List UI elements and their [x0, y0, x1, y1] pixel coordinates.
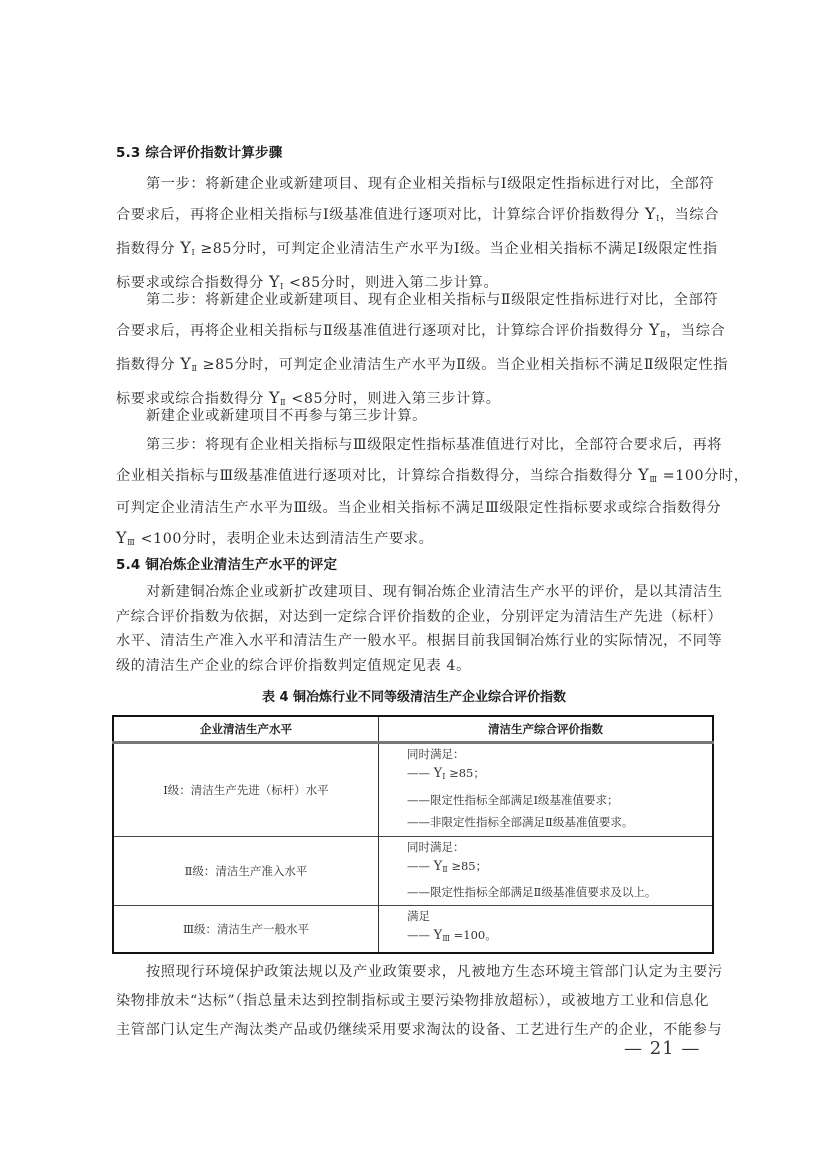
text-line: 按照现行环境保护政策法规以及产业政策要求，凡被地方生态环境主管部门认定为主要污 — [116, 958, 712, 987]
index-cell: 满足 —— YⅢ =100。 — [379, 906, 714, 953]
text-line: 产综合评价指数为依据，对达到一定综合评价指数的企业，分别评定为清洁生产先进（标杆… — [116, 605, 712, 630]
step-3-paragraph: 第三步：将现有企业相关指标与Ⅲ级限定性指标基准值进行对比，全部符合要求后，再将 … — [116, 431, 712, 557]
text-line: 指数得分 YⅡ ≥85分时，可判定企业清洁生产水平为Ⅱ级。当企业相关指标不满足Ⅱ… — [116, 349, 712, 383]
text-line: 新建企业或新建项目不再参与第三步计算。 — [116, 402, 712, 431]
text-line: 可判定企业清洁生产水平为Ⅲ级。当企业相关指标不满足Ⅲ级限定性指标要求或综合指数得… — [116, 494, 712, 523]
text-line: 企业相关指标与Ⅲ级基准值进行逐项对比，计算综合指数得分，当综合指数得分 YⅢ =… — [116, 460, 712, 494]
text-line: 对新建铜冶炼企业或新扩改建项目、现有铜冶炼企业清洁生产水平的评价，是以其清洁生 — [116, 580, 712, 605]
text-line: 第三步：将现有企业相关指标与Ⅲ级限定性指标基准值进行对比，全部符合要求后，再将 — [116, 431, 712, 460]
column-header-index: 清洁生产综合评价指数 — [379, 716, 714, 743]
column-header-level: 企业清洁生产水平 — [113, 716, 379, 743]
table-4: 企业清洁生产水平 清洁生产综合评价指数 Ⅰ级：清洁生产先进（标杆）水平 同时满足… — [112, 715, 714, 954]
text-line: 指数得分 YⅠ ≥85分时，可判定企业清洁生产水平为Ⅰ级。当企业相关指标不满足Ⅰ… — [116, 233, 712, 267]
level-cell: Ⅰ级：清洁生产先进（标杆）水平 — [113, 743, 379, 837]
step-1-paragraph: 第一步：将新建企业或新建项目、现有企业相关指标与Ⅰ级限定性指标进行对比，全部符 … — [116, 170, 712, 301]
text-line: YⅢ <100分时，表明企业未达到清洁生产要求。 — [116, 523, 712, 557]
index-cell: 同时满足： —— YⅡ ≥85； ——限定性指标全部满足Ⅱ级基准值要求及以上。 — [379, 837, 714, 906]
level-cell: Ⅱ级：清洁生产准入水平 — [113, 837, 379, 906]
text-line: 水平、清洁生产准入水平和清洁生产一般水平。根据目前我国铜冶炼行业的实际情况，不同… — [116, 629, 712, 654]
text-line: 染物排放未“达标”（指总量未达到控制指标或主要污染物排放超标），或被地方工业和信… — [116, 987, 712, 1016]
document-page: 5.3 综合评价指数计算步骤 第一步：将新建企业或新建项目、现有企业相关指标与Ⅰ… — [0, 0, 826, 1169]
index-cell: 同时满足： —— YⅠ ≥85； ——限定性指标全部满足Ⅰ级基准值要求； ——非… — [379, 743, 714, 837]
text-line: 级的清洁生产企业的综合评价指数判定值规定见表 4。 — [116, 654, 712, 679]
note-paragraph: 新建企业或新建项目不再参与第三步计算。 — [116, 402, 712, 431]
section-5-4-heading: 5.4 铜冶炼企业清洁生产水平的评定 — [116, 553, 337, 573]
text-line: 第一步：将新建企业或新建项目、现有企业相关指标与Ⅰ级限定性指标进行对比，全部符 — [116, 170, 712, 199]
text-line: 合要求后，再将企业相关指标与Ⅱ级基准值进行逐项对比，计算综合评价指数得分 YⅡ，… — [116, 315, 712, 349]
table-header-row: 企业清洁生产水平 清洁生产综合评价指数 — [113, 716, 713, 743]
text-line: 第二步：将新建企业或新建项目、现有企业相关指标与Ⅱ级限定性指标进行对比，全部符 — [116, 286, 712, 315]
closing-paragraph: 按照现行环境保护政策法规以及产业政策要求，凡被地方生态环境主管部门认定为主要污 … — [116, 958, 712, 1045]
text-line: 主管部门认定生产淘汰类产品或仍继续采用要求淘汰的设备、工艺进行生产的企业，不能参… — [116, 1016, 712, 1045]
level-cell: Ⅲ级：清洁生产一般水平 — [113, 906, 379, 953]
text-line: 合要求后，再将企业相关指标与Ⅰ级基准值进行逐项对比，计算综合评价指数得分 YⅠ，… — [116, 199, 712, 233]
step-2-paragraph: 第二步：将新建企业或新建项目、现有企业相关指标与Ⅱ级限定性指标进行对比，全部符 … — [116, 286, 712, 417]
table-row: Ⅰ级：清洁生产先进（标杆）水平 同时满足： —— YⅠ ≥85； ——限定性指标… — [113, 743, 713, 837]
table-row: Ⅲ级：清洁生产一般水平 满足 —— YⅢ =100。 — [113, 906, 713, 953]
section-5-4-paragraph: 对新建铜冶炼企业或新扩改建项目、现有铜冶炼企业清洁生产水平的评价，是以其清洁生 … — [116, 580, 712, 678]
section-5-3-heading: 5.3 综合评价指数计算步骤 — [116, 141, 282, 161]
table-row: Ⅱ级：清洁生产准入水平 同时满足： —— YⅡ ≥85； ——限定性指标全部满足… — [113, 837, 713, 906]
page-number: — 21 — — [624, 1038, 700, 1059]
table-4-caption: 表 4 铜冶炼行业不同等级清洁生产企业综合评价指数 — [116, 686, 712, 705]
